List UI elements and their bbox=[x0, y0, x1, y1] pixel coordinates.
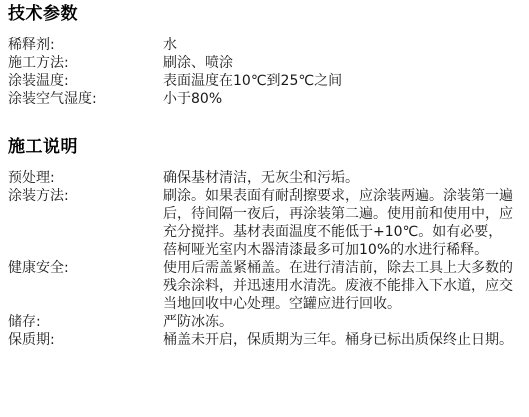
section-heading-technical-parameters: 技术参数 bbox=[8, 4, 515, 24]
spec-row-label: 涂装方法: bbox=[8, 187, 163, 205]
spec-row-value: 严防冰冻。 bbox=[163, 313, 515, 331]
spec-row-value: 刷涂。如果表面有耐刮擦要求，应涂装两遍。涂装第一遍后，待间隔一夜后，再涂装第二遍… bbox=[163, 187, 515, 259]
spec-section-technical-parameters: 技术参数 稀释剂: 水 施工方法: 刷涂、喷涂 涂装温度: 表面温度在10℃到2… bbox=[8, 4, 515, 108]
spec-row: 涂装方法: 刷涂。如果表面有耐刮擦要求，应涂装两遍。涂装第一遍后，待间隔一夜后，… bbox=[8, 187, 515, 259]
spec-row: 施工方法: 刷涂、喷涂 bbox=[8, 54, 515, 72]
spec-row-value: 表面温度在10℃到25℃之间 bbox=[163, 72, 515, 90]
product-spec-content: 技术参数 稀释剂: 水 施工方法: 刷涂、喷涂 涂装温度: 表面温度在10℃到2… bbox=[8, 4, 515, 349]
spec-row-label: 施工方法: bbox=[8, 54, 163, 72]
spec-row-value: 桶盖未开启，保质期为三年。桶身已标出质保终止日期。 bbox=[163, 331, 515, 349]
spec-row: 稀释剂: 水 bbox=[8, 36, 515, 54]
spec-row-value: 使用后需盖紧桶盖。在进行清洁前，除去工具上大多数的残余涂料，并迅速用水清洗。废液… bbox=[163, 259, 515, 313]
spec-row-label: 储存: bbox=[8, 313, 163, 331]
spec-row-value: 小于80% bbox=[163, 90, 515, 108]
spec-row: 储存: 严防冰冻。 bbox=[8, 313, 515, 331]
spec-row-label: 保质期: bbox=[8, 331, 163, 349]
spec-row-value: 水 bbox=[163, 36, 515, 54]
spec-row-label: 涂装温度: bbox=[8, 72, 163, 90]
spec-row: 涂装空气湿度: 小于80% bbox=[8, 90, 515, 108]
spec-row-label: 健康安全: bbox=[8, 259, 163, 277]
spec-row: 预处理: 确保基材清洁，无灰尘和污垢。 bbox=[8, 169, 515, 187]
spec-row-label: 预处理: bbox=[8, 169, 163, 187]
section-heading-application-instructions: 施工说明 bbox=[8, 137, 515, 157]
spec-row-label: 涂装空气湿度: bbox=[8, 90, 163, 108]
spec-row-value: 确保基材清洁，无灰尘和污垢。 bbox=[163, 169, 515, 187]
spec-row: 涂装温度: 表面温度在10℃到25℃之间 bbox=[8, 72, 515, 90]
spec-table: 预处理: 确保基材清洁，无灰尘和污垢。 涂装方法: 刷涂。如果表面有耐刮擦要求，… bbox=[8, 169, 515, 349]
spec-row-label: 稀释剂: bbox=[8, 36, 163, 54]
spec-table: 稀释剂: 水 施工方法: 刷涂、喷涂 涂装温度: 表面温度在10℃到25℃之间 … bbox=[8, 36, 515, 108]
spec-row-value: 刷涂、喷涂 bbox=[163, 54, 515, 72]
spec-row: 健康安全: 使用后需盖紧桶盖。在进行清洁前，除去工具上大多数的残余涂料，并迅速用… bbox=[8, 259, 515, 313]
spec-row: 保质期: 桶盖未开启，保质期为三年。桶身已标出质保终止日期。 bbox=[8, 331, 515, 349]
spec-section-application-instructions: 施工说明 预处理: 确保基材清洁，无灰尘和污垢。 涂装方法: 刷涂。如果表面有耐… bbox=[8, 137, 515, 349]
